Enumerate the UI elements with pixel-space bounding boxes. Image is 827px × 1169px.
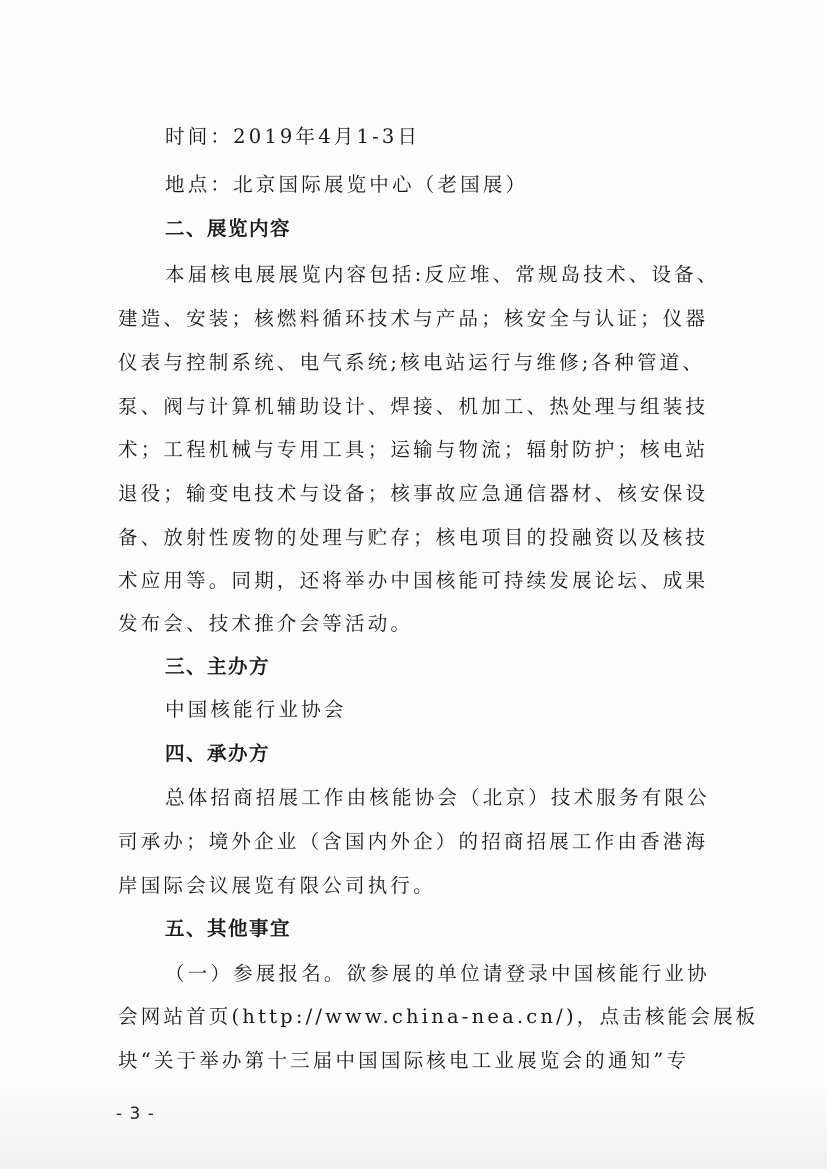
paragraph-line: 本届核电展展览内容包括:反应堆、常规岛技术、设备、 — [165, 262, 755, 288]
paragraph-line: 块“关于举办第十三届中国国际核电工业展览会的通知”专 — [118, 1048, 758, 1074]
organizer-name: 中国核能行业协会 — [165, 697, 755, 723]
section-heading-other-matters: 五、其他事宜 — [165, 916, 805, 942]
paragraph-line: 退役；输变电技术与设备；核事故应急通信器材、核安保设 — [118, 481, 758, 507]
paragraph-line: 总体招商招展工作由核能协会（北京）技术服务有限公 — [165, 785, 755, 811]
section-heading-co-organizer: 四、承办方 — [165, 741, 805, 767]
paragraph-line: 司承办；境外企业（含国内外企）的招商招展工作由香港海 — [118, 829, 758, 855]
paragraph-line: 仪表与控制系统、电气系统;核电站运行与维修;各种管道、 — [118, 350, 758, 376]
section-heading-organizer: 三、主办方 — [165, 654, 805, 680]
section-heading-exhibition-content: 二、展览内容 — [165, 216, 805, 242]
venue-line: 地点：北京国际展览中心（老国展） — [165, 172, 755, 198]
paragraph-line: 术应用等。同期，还将举办中国核能可持续发展论坛、成果 — [118, 568, 758, 594]
scan-shadow — [0, 1085, 827, 1169]
paragraph-line: 备、放射性废物的处理与贮存；核电项目的投融资以及核技 — [118, 525, 758, 551]
paragraph-line: （一）参展报名。欲参展的单位请登录中国核能行业协 — [165, 961, 755, 987]
document-page: 时间：2019年4月1-3日 地点：北京国际展览中心（老国展） 二、展览内容 本… — [0, 0, 827, 1169]
page-number: - 3 - — [116, 1104, 155, 1124]
paragraph-line: 术；工程机械与专用工具；运输与物流；辐射防护；核电站 — [118, 437, 758, 463]
paragraph-line: 发布会、技术推介会等活动。 — [118, 611, 758, 637]
time-line: 时间：2019年4月1-3日 — [165, 124, 755, 150]
paragraph-line: 泵、阀与计算机辅助设计、焊接、机加工、热处理与组装技 — [118, 394, 758, 420]
paragraph-line: 岸国际会议展览有限公司执行。 — [118, 873, 758, 899]
paragraph-line: 建造、安装；核燃料循环技术与产品；核安全与认证；仪器 — [118, 306, 758, 332]
paragraph-line: 会网站首页(http://www.china-nea.cn/)，点击核能会展板 — [118, 1004, 758, 1030]
